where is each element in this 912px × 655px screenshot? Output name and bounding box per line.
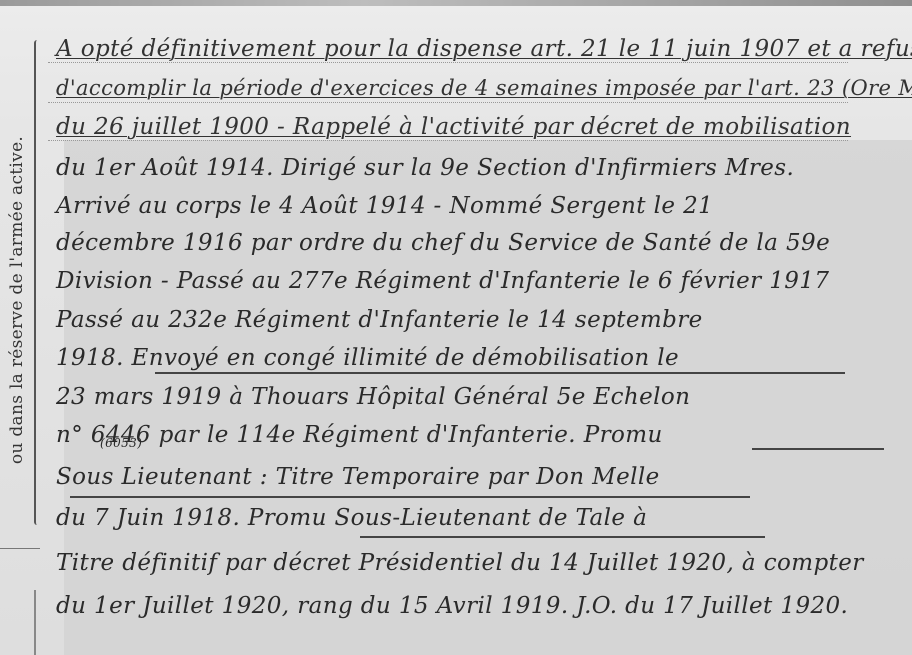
underline-titre-temporaire <box>70 496 750 498</box>
handwritten-line-6: décembre 1916 par ordre du chef du Servi… <box>56 230 830 256</box>
handwritten-line-7: Division - Passé au 277e Régiment d'Infa… <box>56 268 829 294</box>
dotted-rule <box>48 62 848 63</box>
handwritten-line-5: Arrivé au corps le 4 Août 1914 - Nommé S… <box>56 193 713 219</box>
margin-rule <box>0 548 40 549</box>
handwritten-line-13: du 7 Juin 1918. Promu Sous-Lieutenant de… <box>56 505 647 531</box>
handwritten-line-12: Sous Lieutenant : Titre Temporaire par D… <box>56 464 660 490</box>
margin-brace-lower <box>34 590 36 655</box>
handwritten-line-9: 1918. Envoyé en congé illimité de démobi… <box>56 345 679 371</box>
dotted-rule <box>48 140 848 141</box>
handwritten-line-11: n° 6446 par le 114e Régiment d'Infanteri… <box>56 422 663 448</box>
interlinear-note: (6053) <box>100 436 142 450</box>
underline-promu <box>752 448 884 450</box>
handwritten-line-4: du 1er Août 1914. Dirigé sur la 9e Secti… <box>56 155 794 181</box>
margin-label-text: ou dans la réserve de l'armée active. <box>7 136 27 464</box>
margin-printed-label: ou dans la réserve de l'armée active. <box>2 100 32 500</box>
margin-brace <box>34 40 42 525</box>
handwritten-line-1: A opté définitivement pour la dispense a… <box>56 36 912 62</box>
handwritten-line-10: 23 mars 1919 à Thouars Hôpital Général 5… <box>56 384 690 410</box>
handwritten-line-8: Passé au 232e Régiment d'Infanterie le 1… <box>56 307 703 333</box>
page-top-edge <box>0 0 912 6</box>
handwritten-line-2: d'accomplir la période d'exercices de 4 … <box>56 76 912 100</box>
handwritten-line-3: du 26 juillet 1900 - Rappelé à l'activit… <box>56 114 851 140</box>
handwritten-line-14: Titre définitif par décret Présidentiel … <box>56 550 864 576</box>
handwritten-line-15: du 1er Juillet 1920, rang du 15 Avril 19… <box>56 593 848 619</box>
dotted-rule <box>48 102 848 103</box>
underline-promu-sous-lieutenant <box>360 536 765 538</box>
underline-conge <box>155 372 845 374</box>
